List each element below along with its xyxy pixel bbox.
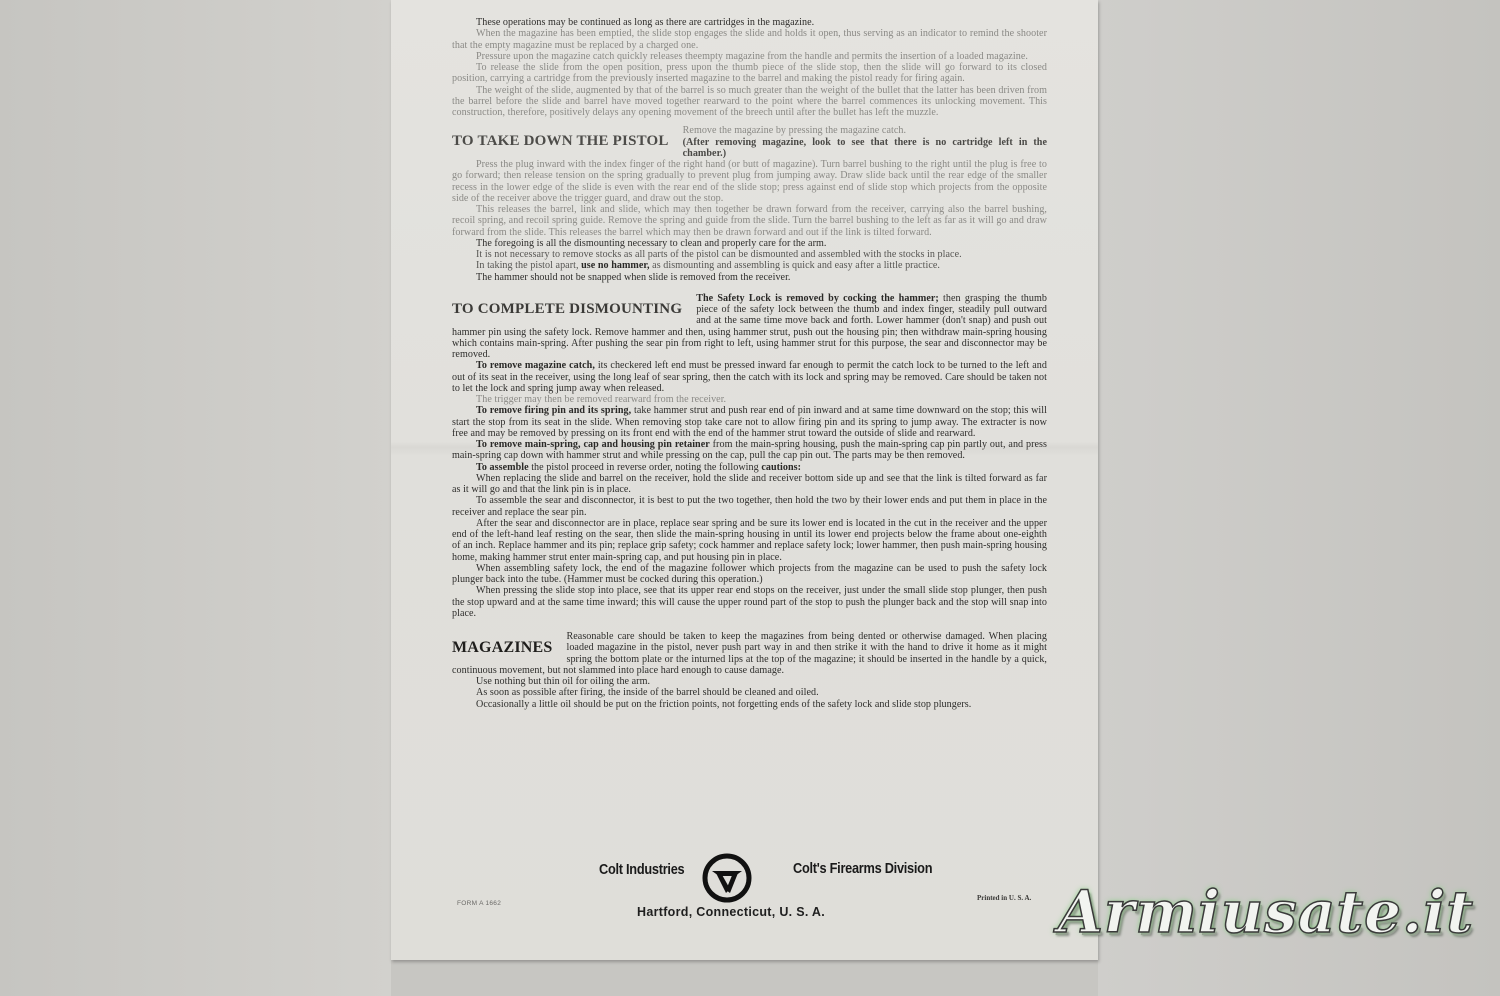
bold-run: To remove magazine catch, <box>476 360 595 371</box>
body-paragraph: To remove magazine catch, its checkered … <box>452 360 1047 394</box>
section-heading: TO TAKE DOWN THE PISTOL <box>452 125 669 149</box>
section-heading: TO COMPLETE DISMOUNTING <box>452 293 682 317</box>
watermark-logo: Armiusate.it <box>1058 878 1474 946</box>
body-paragraph: To remove main-spring, cap and housing p… <box>452 439 1047 462</box>
company-name-right: Colt's Firearms Division <box>793 861 932 877</box>
bold-run: cautions: <box>761 462 801 473</box>
body-paragraph: In taking the pistol apart, use no hamme… <box>452 260 1047 271</box>
body-paragraph: The trigger may then be removed rearward… <box>452 394 1047 405</box>
company-name-left: Colt Industries <box>599 862 684 878</box>
caution-paragraph: When pressing the slide stop into place,… <box>452 585 1047 619</box>
body-paragraph: The hammer should not be snapped when sl… <box>452 272 1047 283</box>
colt-industries-logo-icon <box>702 853 752 903</box>
bold-run: The Safety Lock is removed by cocking th… <box>696 293 939 304</box>
body-paragraph: To remove firing pin and its spring, tak… <box>452 405 1047 439</box>
body-paragraph: This releases the barrel, link and slide… <box>452 204 1047 238</box>
section-magazines: MAGAZINES Reasonable care should be take… <box>452 631 1047 676</box>
body-paragraph: As soon as possible after firing, the in… <box>452 687 1047 698</box>
form-number: FORM A 1662 <box>457 900 501 907</box>
footer: Colt Industries Colt's Firearms Division… <box>391 848 1098 948</box>
caution-paragraph: After the sear and disconnector are in p… <box>452 518 1047 563</box>
body-paragraph: To assemble the pistol proceed in revers… <box>452 462 1047 473</box>
text-run: as dismounting and assembling is quick a… <box>650 260 940 271</box>
bold-run: use no hammer, <box>581 260 649 271</box>
background-surface-bottom <box>391 960 1098 996</box>
caution-paragraph: To assemble the sear and disconnector, i… <box>452 495 1047 518</box>
bold-run: To assemble <box>476 462 529 473</box>
company-address: Hartford, Connecticut, U. S. A. <box>637 905 825 919</box>
intro-paragraph: The weight of the slide, augmented by th… <box>452 85 1047 119</box>
body-paragraph: Occasionally a little oil should be put … <box>452 699 1047 710</box>
intro-paragraph: When the magazine has been emptied, the … <box>452 28 1047 51</box>
body-paragraph: It is not necessary to remove stocks as … <box>452 249 1047 260</box>
text-run: In taking the pistol apart, <box>476 260 581 271</box>
caution-paragraph: When replacing the slide and barrel on t… <box>452 473 1047 496</box>
body-paragraph: Press the plug inward with the index fin… <box>452 159 1047 204</box>
intro-paragraph: To release the slide from the open posit… <box>452 62 1047 85</box>
caution-paragraph: When assembling safety lock, the end of … <box>452 563 1047 586</box>
text-run: the pistol proceed in reverse order, not… <box>529 462 762 473</box>
section-heading: MAGAZINES <box>452 631 552 656</box>
bold-run: To remove firing pin and its spring, <box>476 405 631 416</box>
printed-in-label: Printed in U. S. A. <box>977 894 1031 902</box>
body-paragraph: Use nothing but thin oil for oiling the … <box>452 676 1047 687</box>
background-surface-right <box>1098 0 1500 996</box>
intro-paragraph: These operations may be continued as lon… <box>452 17 1047 28</box>
bold-run: To remove main-spring, cap and housing p… <box>476 439 710 450</box>
section-complete-dismounting: TO COMPLETE DISMOUNTING The Safety Lock … <box>452 293 1047 361</box>
instruction-sheet: These operations may be continued as lon… <box>391 0 1098 960</box>
section-take-down: TO TAKE DOWN THE PISTOL Remove the magaz… <box>452 125 1047 159</box>
intro-paragraph: Pressure upon the magazine catch quickly… <box>452 51 1047 62</box>
background-surface-left <box>0 0 391 996</box>
body-paragraph: The foregoing is all the dismounting nec… <box>452 238 1047 249</box>
text-column: These operations may be continued as lon… <box>452 17 1047 710</box>
